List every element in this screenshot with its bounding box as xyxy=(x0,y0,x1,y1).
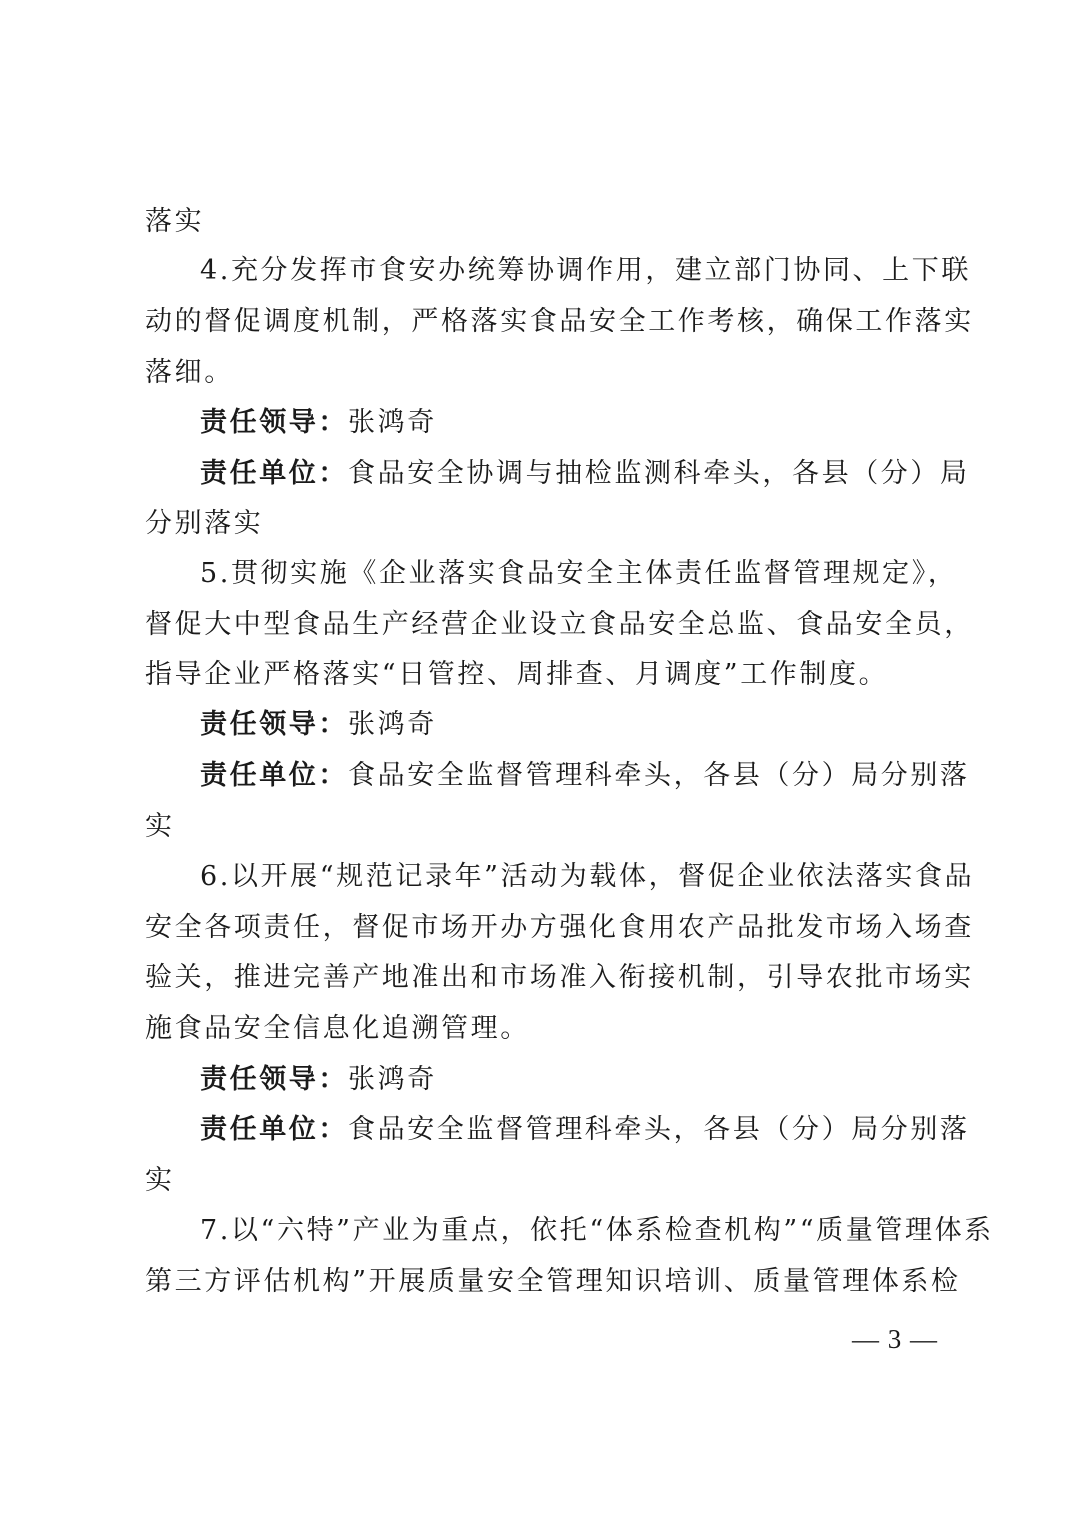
responsible-leader-value: 张鸿奇 xyxy=(348,407,437,438)
responsible-unit: 责任单位：食品安全协调与抽检监测科牵头，各县（分）局 xyxy=(200,457,945,491)
item-6-line: 安全各项责任，督促市场开办方强化食用农产品批发市场入场查 xyxy=(145,911,945,945)
responsible-leader-label: 责任领导： xyxy=(200,709,348,740)
item-4-line: 落细。 xyxy=(145,356,945,390)
responsible-leader-value: 张鸿奇 xyxy=(348,1064,437,1095)
item-6-line: 验关，推进完善产地准出和市场准入衔接机制，引导农批市场实 xyxy=(145,961,945,995)
responsible-unit-value: 食品安全协调与抽检监测科牵头，各县（分）局 xyxy=(348,458,970,489)
item-7-line: 7.以“六特”产业为重点，依托“体系检查机构”“质量管理体系 xyxy=(200,1214,945,1248)
responsible-unit-label: 责任单位： xyxy=(200,1114,348,1145)
responsible-leader: 责任领导：张鸿奇 xyxy=(200,406,945,440)
text-line: 分别落实 xyxy=(145,507,945,541)
responsible-unit-label: 责任单位： xyxy=(200,458,348,489)
item-5-line: 5.贯彻实施《企业落实食品安全主体责任监督管理规定》， xyxy=(200,557,945,591)
responsible-unit-label: 责任单位： xyxy=(200,760,348,791)
item-6-line: 施食品安全信息化追溯管理。 xyxy=(145,1012,945,1046)
text-line: 实 xyxy=(145,810,945,844)
responsible-leader: 责任领导：张鸿奇 xyxy=(200,708,945,742)
responsible-unit: 责任单位：食品安全监督管理科牵头，各县（分）局分别落 xyxy=(200,759,945,793)
page-number: — 3 — xyxy=(852,1322,938,1356)
item-6-line: 6.以开展“规范记录年”活动为载体，督促企业依法落实食品 xyxy=(200,860,945,894)
text-line: 落实 xyxy=(145,205,945,239)
text-line: 实 xyxy=(145,1164,945,1198)
item-5-line: 指导企业严格落实“日管控、周排查、月调度”工作制度。 xyxy=(145,658,945,692)
responsible-leader-value: 张鸿奇 xyxy=(348,709,437,740)
responsible-unit-value: 食品安全监督管理科牵头，各县（分）局分别落 xyxy=(348,760,970,791)
responsible-unit-value: 食品安全监督管理科牵头，各县（分）局分别落 xyxy=(348,1114,970,1145)
responsible-leader-label: 责任领导： xyxy=(200,407,348,438)
responsible-leader-label: 责任领导： xyxy=(200,1064,348,1095)
responsible-leader: 责任领导：张鸿奇 xyxy=(200,1063,945,1097)
item-4-line: 4.充分发挥市食安办统筹协调作用，建立部门协同、上下联 xyxy=(200,254,945,288)
item-5-line: 督促大中型食品生产经营企业设立食品安全总监、食品安全员， xyxy=(145,608,945,642)
responsible-unit: 责任单位：食品安全监督管理科牵头，各县（分）局分别落 xyxy=(200,1113,945,1147)
item-7-line: 第三方评估机构”开展质量安全管理知识培训、质量管理体系检 xyxy=(145,1265,945,1299)
item-4-line: 动的督促调度机制，严格落实食品安全工作考核，确保工作落实 xyxy=(145,305,945,339)
